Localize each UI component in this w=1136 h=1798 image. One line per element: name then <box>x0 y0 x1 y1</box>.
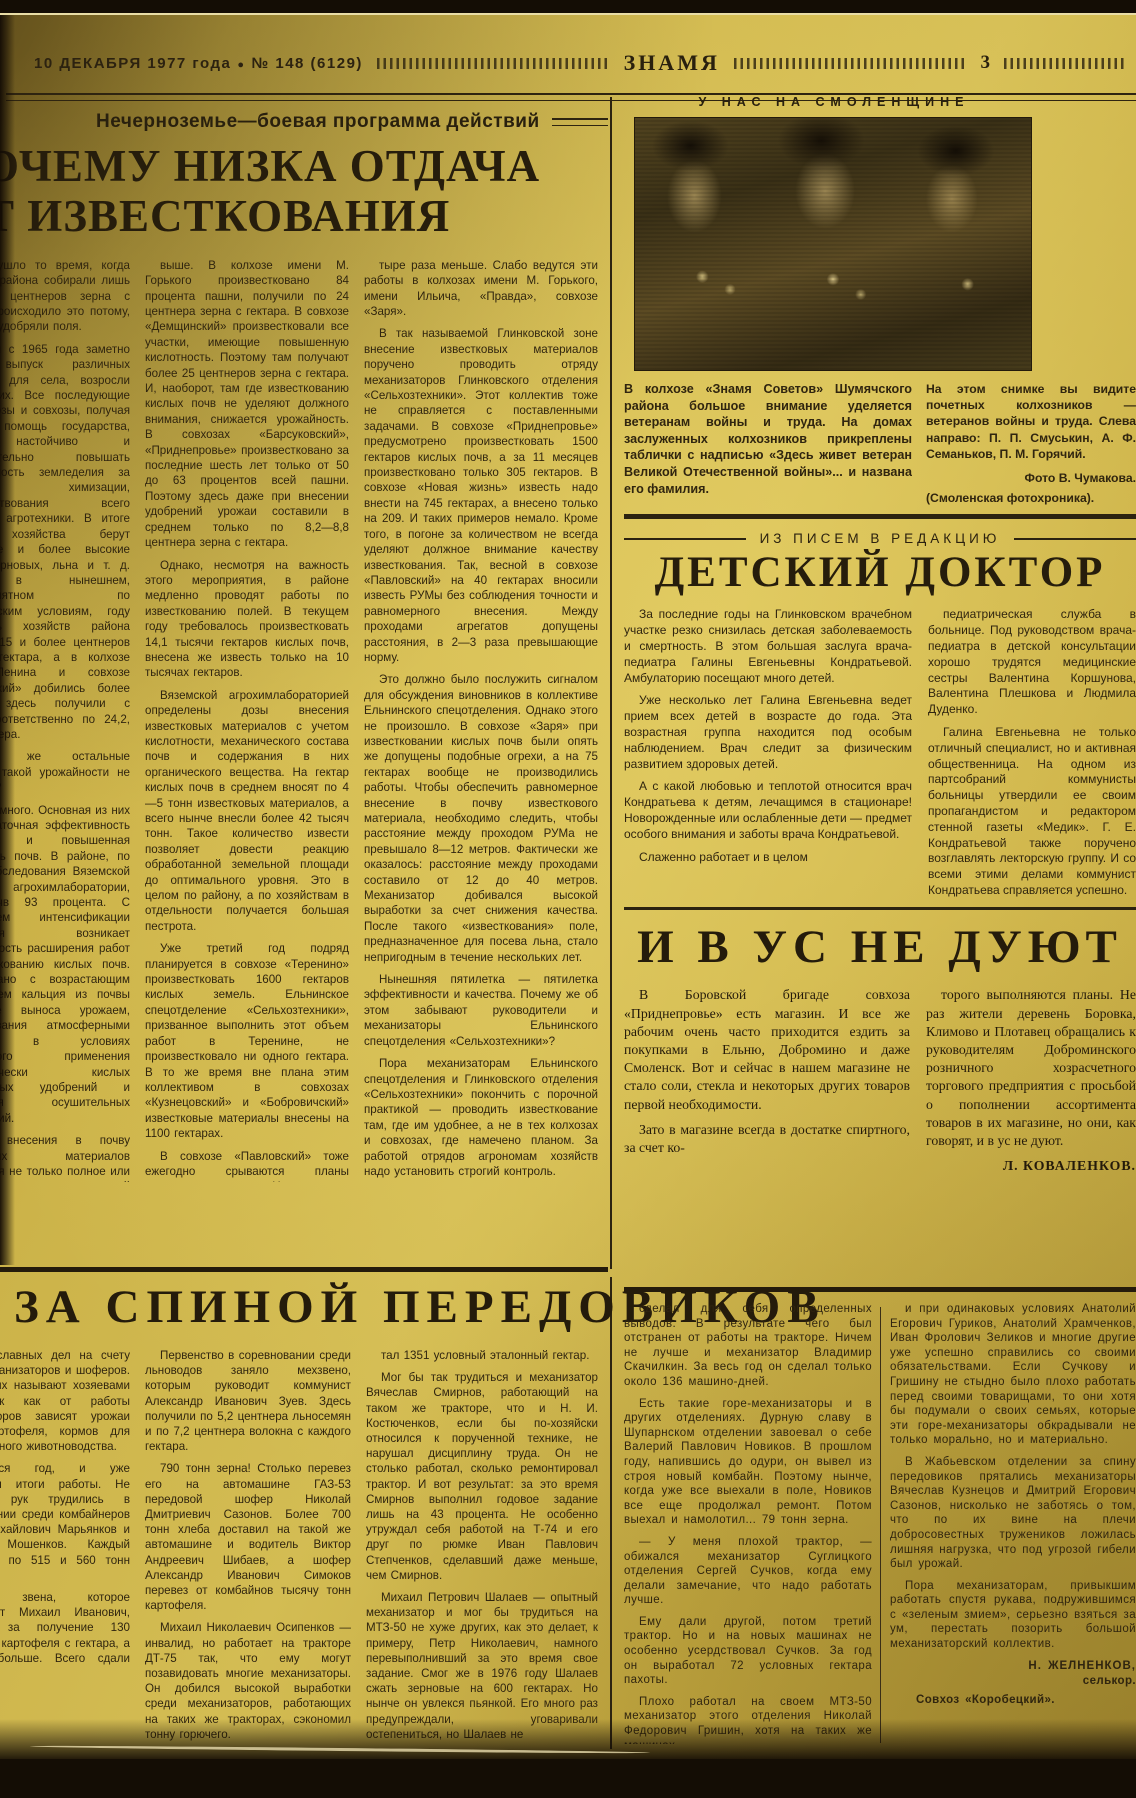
signature-name: Н. ЖЕЛНЕНКОВ, <box>890 1659 1136 1675</box>
behind-leaders-headline: ЗА СПИНОЙ ПЕРЕДОВИКОВ <box>14 1280 608 1334</box>
paragraph: А с какой любовью и теплотой относится в… <box>624 779 912 842</box>
article-column: В Боровской бригаде совхоза «Приднепровь… <box>624 986 910 1238</box>
paragraph: — У меня плохой трактор, — обижался меха… <box>624 1535 872 1608</box>
paragraph: Ему дали другой, потом третий трактор. Н… <box>624 1615 872 1688</box>
paragraph: Вяземской агрохимлабораторией определены… <box>145 688 349 935</box>
article-column: Много славных дел на счету наших механиз… <box>0 1348 130 1744</box>
paragraph: Михаил Николаевич Осипенков — инвалид, н… <box>145 1620 351 1742</box>
newspaper-page: 10 ДЕКАБРЯ 1977 года●№ 148 (6129) ЗНАМЯ … <box>0 13 1136 1759</box>
paragraph: Это должно было послужить сигналом для о… <box>364 672 598 965</box>
masthead-date-issue: 10 ДЕКАБРЯ 1977 года●№ 148 (6129) <box>34 55 363 72</box>
lead-kicker-row: Нечерноземье—боевая программа действий <box>96 111 608 133</box>
paragraph: сделал для себя определенных выводов. В … <box>624 1302 872 1390</box>
signature-title: селькор. <box>890 1674 1136 1690</box>
photo-agency: (Смоленская фотохроника). <box>926 490 1136 506</box>
article-column: и при одинаковых условиях Анатолий Егоро… <box>890 1302 1136 1744</box>
article-behind-leaders-left: ЗА СПИНОЙ ПЕРЕДОВИКОВ Много славных дел … <box>0 1267 608 1744</box>
photo-caption-left: В колхозе «Знамя Советов» Шумячского рай… <box>624 381 912 506</box>
column-divider <box>610 97 612 1269</box>
photo-credit: Фото В. Чумакова. <box>926 470 1136 486</box>
column-text: тыре раза меньше. Слабо ведутся эти рабо… <box>364 258 598 1180</box>
photo-caption-right: На этом снимке вы видите почетных колхоз… <box>926 381 1136 506</box>
signature-name: Л. КОВАЛЕНКОВ. <box>926 1157 1136 1176</box>
mustache-headline: И В УС НЕ ДУЮТ <box>624 920 1136 974</box>
paragraph: Галина Евгеньевна не только отличный спе… <box>928 725 1136 899</box>
paragraph: За последние годы на Глинковском врачебн… <box>624 607 912 686</box>
letters-rubric-row: ИЗ ПИСЕМ В РЕДАКЦИЮ <box>624 531 1136 546</box>
issue-separator-dot: ● <box>237 59 245 71</box>
letters-columns: За последние годы на Глинковском врачебн… <box>624 607 1136 899</box>
paragraph: Почему же остальные хозяйства такой урож… <box>0 749 130 795</box>
mustache-columns: В Боровской бригаде совхоза «Приднепровь… <box>624 986 1136 1238</box>
paragraph: Причин много. Основная из них — недостат… <box>0 803 130 1127</box>
paragraph: Есть такие горе-механизаторы и в других … <box>624 1397 872 1528</box>
right-section: У НАС НА СМОЛЕНЩИНЕ В колхозе «Знамя Сов… <box>624 95 1136 1238</box>
article-column: выше. В колхозе имени М. Горького произв… <box>145 258 349 1182</box>
paragraph: В Жабьевском отделении за спину передови… <box>890 1455 1136 1572</box>
masthead-hatch <box>1004 58 1124 69</box>
masthead-hatch <box>734 58 967 69</box>
paragraph: Мог бы так трудиться и механизатор Вячес… <box>366 1370 598 1583</box>
lead-kicker: Нечерноземье—боевая программа действий <box>96 111 540 133</box>
masthead-date: 10 ДЕКАБРЯ 1977 года <box>34 55 231 72</box>
paragraph: торого выполняются планы. Не раз жители … <box>926 986 1136 1150</box>
article-column: сделал для себя определенных выводов. В … <box>624 1302 872 1744</box>
smolensk-rubric: У НАС НА СМОЛЕНЩИНЕ <box>624 95 1044 109</box>
paragraph: В Боровской бригаде совхоза «Приднепровь… <box>624 986 910 1113</box>
paragraph: В совхозе «Павловский» тоже ежегодно сры… <box>145 1149 349 1182</box>
rubric-line <box>1014 538 1136 540</box>
paragraph: тал 1351 условный эталонный гектар. <box>366 1348 598 1363</box>
paragraph: Путем внесения в почву известковых матер… <box>0 1133 130 1182</box>
signature: Л. КОВАЛЕНКОВ. <box>926 1157 1136 1176</box>
paragraph: и при одинаковых условиях Анатолий Егоро… <box>890 1302 1136 1448</box>
column-divider <box>610 1277 612 1749</box>
section-rule <box>0 1267 608 1272</box>
paragraph: Плохо работал на своем МТЗ-50 механизато… <box>624 1695 872 1744</box>
lead-headline: ПОЧЕМУ НИЗКА ОТДАЧА ОТ ИЗВЕСТКОВАНИЯ <box>0 141 608 242</box>
article-liming: Нечерноземье—боевая программа действий П… <box>0 107 608 1271</box>
article-column: педиатрическая служба в больнице. Под ру… <box>928 607 1136 899</box>
article-behind-leaders-right: сделал для себя определенных выводов. В … <box>624 1287 1136 1744</box>
article-column: Давно ушло то время, когда хозяйства рай… <box>0 258 130 1182</box>
newspaper-photo-scan: { "theme":{"paper":"#ccb349","ink":"#302… <box>0 0 1136 1798</box>
rubric-line <box>624 538 746 540</box>
article-column: тыре раза меньше. Слабо ведутся эти рабо… <box>364 258 598 1182</box>
paper-fold-highlight <box>30 1745 650 1754</box>
paragraph: Члены звена, которое возглавляет Михаил … <box>0 1590 130 1681</box>
paragraph: Нынешняя пятилетка — пятилетка эффективн… <box>364 972 598 1049</box>
lead-headline-line1: ПОЧЕМУ НИЗКА ОТДАЧА <box>0 141 608 191</box>
masthead-hatch <box>377 58 610 69</box>
section-rule <box>624 514 1136 519</box>
photo-caption: В колхозе «Знамя Советов» Шумячского рай… <box>624 381 1136 506</box>
article-column: тал 1351 условный эталонный гектар.Мог б… <box>366 1348 598 1744</box>
section-rule <box>624 1287 1136 1292</box>
paragraph: Кончается год, и уже подводятся итоги ра… <box>0 1461 130 1583</box>
lead-headline-line2: ОТ ИЗВЕСТКОВАНИЯ <box>0 191 608 241</box>
paragraph: Пора механизаторам Ельнинского спецотдел… <box>364 1056 598 1179</box>
paragraph: Михаил Петрович Шалаев — опытный механиз… <box>366 1590 598 1742</box>
paragraph: Слаженно работает и в целом <box>624 850 912 866</box>
paragraph: Давно ушло то время, когда хозяйства рай… <box>0 258 130 335</box>
paragraph: В так называемой Глинковской зоне внесен… <box>364 326 598 665</box>
paragraph: 790 тонн зерна! Столько перевез его на а… <box>145 1461 351 1613</box>
paragraph: Зато в магазине всегда в достатке спиртн… <box>624 1121 910 1157</box>
veterans-photo <box>634 117 1032 371</box>
paragraph: выше. В колхозе имени М. Горького произв… <box>145 258 349 551</box>
lead-columns: Давно ушло то время, когда хозяйства рай… <box>0 258 608 1182</box>
paragraph: Уже третий год подряд планируется в совх… <box>145 941 349 1141</box>
behind-leaders-columns: сделал для себя определенных выводов. В … <box>624 1302 1136 1744</box>
article-column: торого выполняются планы. Не раз жители … <box>926 986 1136 1238</box>
article-column: Первенство в соревновании среди льноводо… <box>145 1348 351 1744</box>
signature: Н. ЖЕЛНЕНКОВ, селькор. <box>890 1659 1136 1690</box>
paragraph: тыре раза меньше. Слабо ведутся эти рабо… <box>364 258 598 320</box>
paragraph: педиатрическая служба в больнице. Под ру… <box>928 607 1136 718</box>
letters-rubric: ИЗ ПИСЕМ В РЕДАКЦИЮ <box>760 531 1001 546</box>
kicker-rule <box>552 118 608 126</box>
masthead: 10 ДЕКАБРЯ 1977 года●№ 148 (6129) ЗНАМЯ … <box>34 41 1124 85</box>
paragraph: Начиная с 1965 года заметно возрос выпус… <box>0 342 130 743</box>
column-text: торого выполняются планы. Не раз жители … <box>926 986 1136 1150</box>
paragraph: Уже несколько лет Галина Евгеньевна веде… <box>624 693 912 772</box>
column-text: педиатрическая служба в больнице. Под ру… <box>928 607 1136 898</box>
paragraph: Пора механизаторам, привыкшим работать с… <box>890 1579 1136 1652</box>
paragraph: Первенство в соревновании среди льноводо… <box>145 1348 351 1454</box>
signature-place: Совхоз «Коробецкий». <box>890 1693 1136 1708</box>
masthead-issue: № 148 (6129) <box>251 55 362 72</box>
page-number: 3 <box>981 52 991 74</box>
nameplate: ЗНАМЯ <box>624 50 720 76</box>
paragraph: Много славных дел на счету наших механиз… <box>0 1348 130 1454</box>
section-rule <box>624 907 1136 910</box>
letters-headline: ДЕТСКИЙ ДОКТОР <box>624 548 1136 597</box>
article-column: За последние годы на Глинковском врачебн… <box>624 607 912 899</box>
photo-caption-text: На этом снимке вы видите почетных колхоз… <box>926 381 1136 462</box>
column-text: и при одинаковых условиях Анатолий Егоро… <box>890 1302 1136 1652</box>
behind-leaders-columns: Много славных дел на счету наших механиз… <box>0 1348 608 1744</box>
paragraph: Однако, несмотря на важность этого мероп… <box>145 558 349 681</box>
